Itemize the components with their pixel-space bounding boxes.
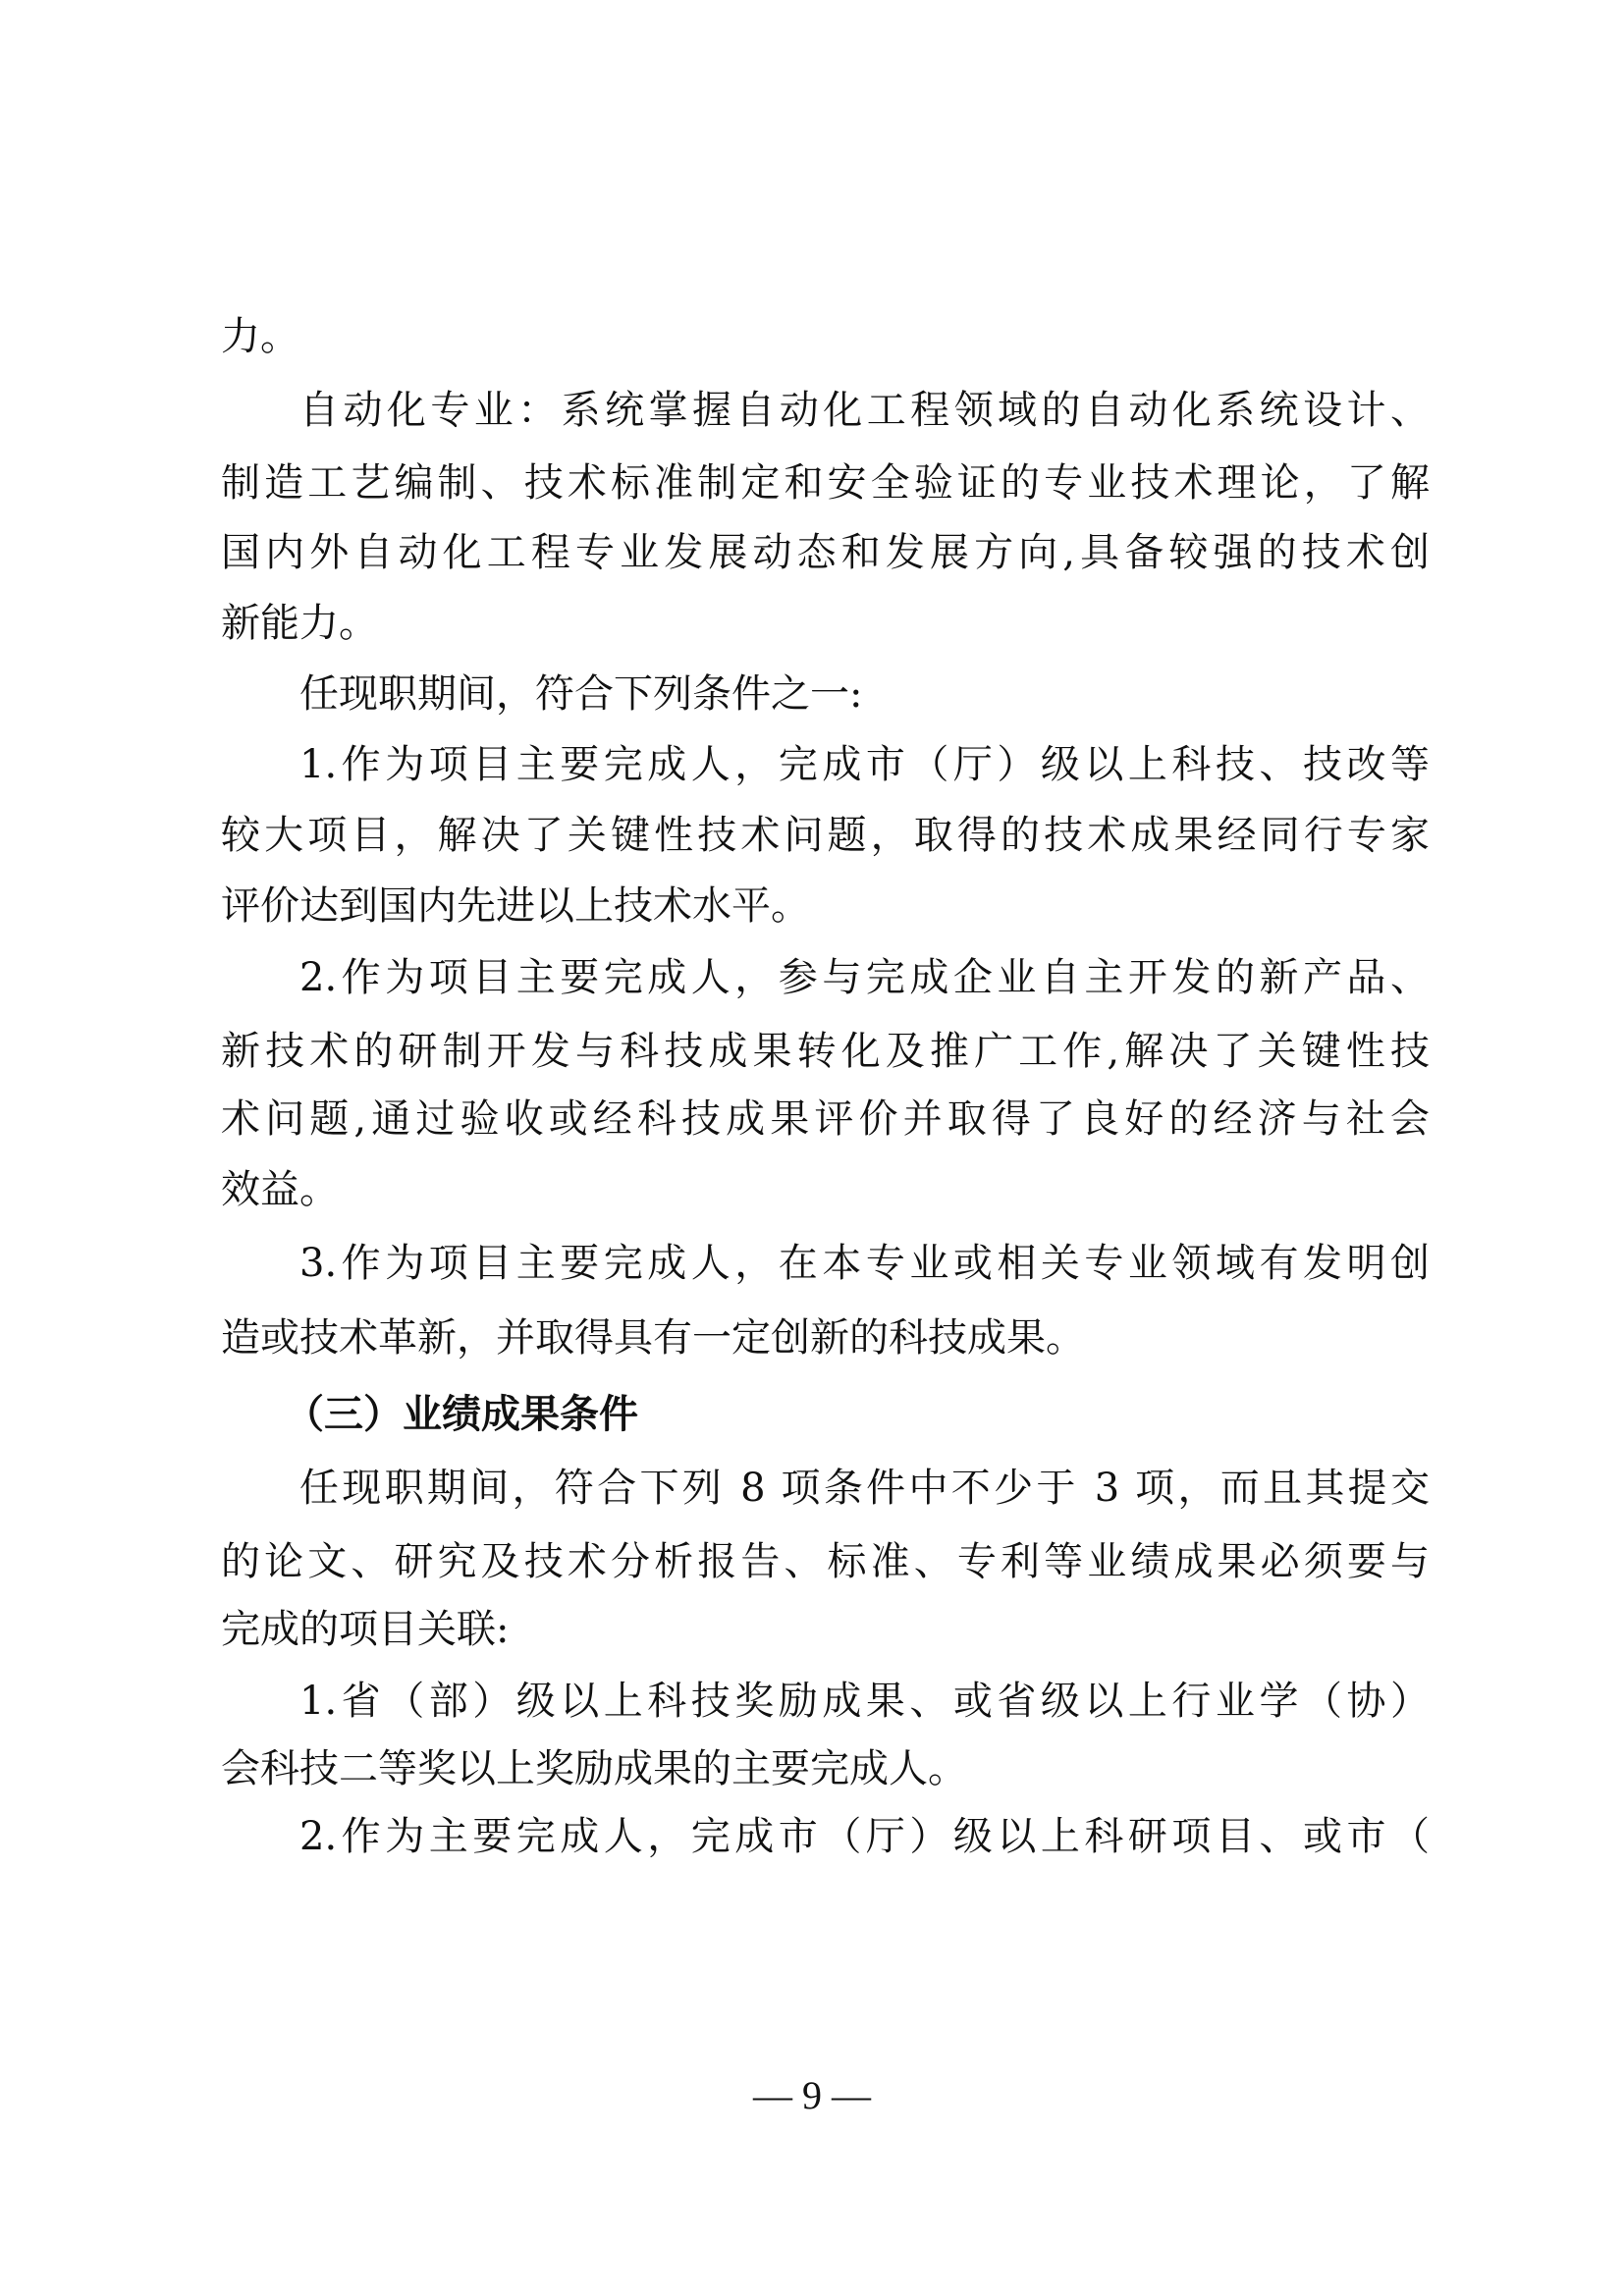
- text-line: 国内外自动化工程专业发展动态和发展方向,具备较强的技术创: [221, 517, 1430, 588]
- list-item-3: 3.作为项目主要完成人，在本专业或相关专业领域有发明创: [299, 1228, 1430, 1299]
- text-line: 评价达到国内先进以上技术水平。: [221, 871, 1430, 941]
- page-number: — 9 —: [0, 2071, 1624, 2120]
- paragraph-conditions-intro: 任现职期间，符合下列条件之一:: [299, 659, 1430, 729]
- text-line: 效益。: [221, 1154, 1430, 1225]
- text-line: 会科技二等奖以上奖励成果的主要完成人。: [221, 1734, 1430, 1804]
- list-item-2: 2.作为项目主要完成人，参与完成企业自主开发的新产品、: [299, 942, 1430, 1013]
- text-line: 制造工艺编制、技术标准制定和安全验证的专业技术理论，了解: [221, 448, 1430, 518]
- text-line: 完成的项目关联:: [221, 1594, 1430, 1665]
- text-line: 较大项目，解决了关键性技术问题，取得的技术成果经同行专家: [221, 800, 1430, 871]
- text-line: 新能力。: [221, 588, 1430, 659]
- list-item-performance-2: 2.作为主要完成人，完成市（厅）级以上科研项目、或市（: [299, 1801, 1430, 1872]
- paragraph-automation-major: 自动化专业：系统掌握自动化工程领域的自动化系统设计、: [299, 375, 1430, 446]
- text-line: 的论文、研究及技术分析报告、标准、专利等业绩成果必须要与: [221, 1526, 1430, 1597]
- text-line: 术问题,通过验收或经科技成果评价并取得了良好的经济与社会: [221, 1084, 1430, 1154]
- list-item-1: 1.作为项目主要完成人，完成市（厅）级以上科技、技改等: [299, 729, 1430, 800]
- list-item-performance-1: 1.省（部）级以上科技奖励成果、或省级以上行业学（协）: [299, 1666, 1430, 1736]
- text-line: 造或技术革新，并取得具有一定创新的科技成果。: [221, 1303, 1430, 1373]
- text-line: 力。: [221, 301, 1430, 372]
- text-line: 新技术的研制开发与科技成果转化及推广工作,解决了关键性技: [221, 1016, 1430, 1087]
- section-heading: （三）业绩成果条件: [285, 1379, 1415, 1450]
- paragraph-performance-intro: 任现职期间，符合下列 8 项条件中不少于 3 项，而且其提交: [299, 1453, 1430, 1523]
